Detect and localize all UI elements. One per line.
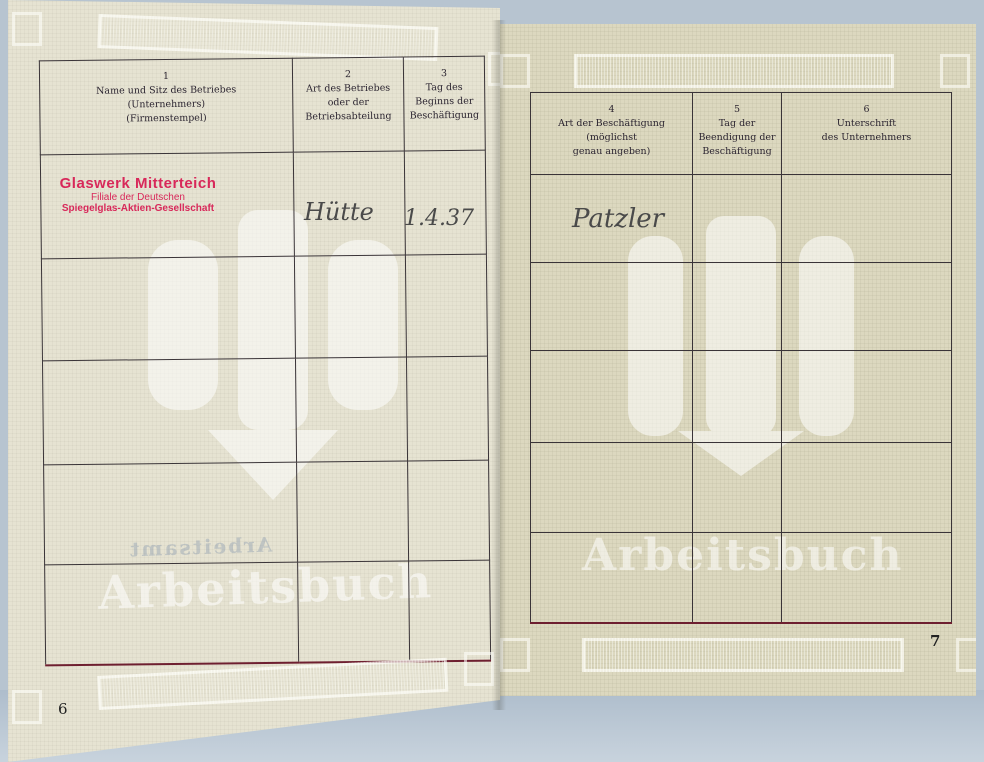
handwritten-occupation: Patzler bbox=[572, 204, 664, 234]
book-spine bbox=[492, 20, 506, 710]
left-page: Arbeitsbuch Arbeitsamt 1 Name und Sitz d… bbox=[8, 0, 500, 762]
table-row bbox=[531, 351, 952, 443]
column-header-3: 3 Tag des Beginns der Beschäftigung bbox=[403, 56, 485, 151]
employment-table-right: 4 Art der Beschäftigung (möglichst genau… bbox=[530, 92, 952, 624]
company-stamp: Glaswerk Mitterteich Filiale der Deutsch… bbox=[38, 175, 238, 214]
header-row: 4 Art der Beschäftigung (möglichst genau… bbox=[531, 93, 952, 175]
border-ornament bbox=[464, 652, 494, 686]
border-band-top bbox=[97, 14, 438, 61]
table-row bbox=[531, 443, 952, 533]
table-row bbox=[41, 254, 487, 361]
handwritten-department: Hütte bbox=[304, 198, 374, 226]
header-row: 1 Name und Sitz des Betriebes (Unternehm… bbox=[39, 56, 485, 155]
border-band-top bbox=[574, 54, 894, 88]
column-header-5: 5 Tag der Beendigung der Beschäftigung bbox=[693, 93, 782, 175]
column-header-6: 6 Unterschrift des Unternehmers bbox=[781, 93, 951, 175]
page-number-left: 6 bbox=[58, 700, 68, 718]
table-row bbox=[45, 560, 491, 665]
column-header-2: 2 Art des Betriebes oder der Betriebsabt… bbox=[292, 57, 404, 152]
border-band-bottom bbox=[582, 638, 904, 672]
border-band-bottom bbox=[97, 658, 448, 710]
border-ornament bbox=[12, 690, 42, 724]
column-header-4: 4 Art der Beschäftigung (möglichst genau… bbox=[531, 93, 693, 175]
border-ornament bbox=[956, 638, 976, 672]
right-page: Arbeitsbuch 4 Art der Beschäftigung (mög… bbox=[500, 24, 976, 696]
table-row bbox=[531, 263, 952, 351]
border-ornament bbox=[940, 54, 970, 88]
column-header-1: 1 Name und Sitz des Betriebes (Unternehm… bbox=[39, 58, 293, 155]
border-ornament bbox=[12, 12, 42, 46]
page-number-right: 7 bbox=[930, 632, 940, 650]
table-row bbox=[42, 356, 488, 465]
employment-table-left: 1 Name und Sitz des Betriebes (Unternehm… bbox=[39, 56, 491, 666]
handwritten-start-date: 1.4.37 bbox=[404, 206, 474, 231]
table-row bbox=[531, 533, 952, 623]
table-row bbox=[44, 460, 490, 565]
